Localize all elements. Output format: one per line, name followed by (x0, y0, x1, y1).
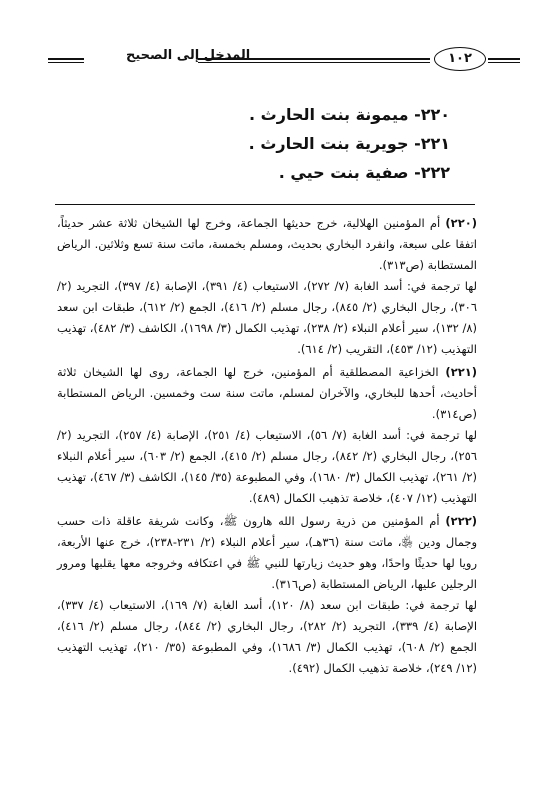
footnote-bio: (٢٢٠) أم المؤمنين الهلالية، خرج حديثها ا… (57, 213, 477, 276)
header-rule-left-thin (48, 62, 84, 63)
footnote-222: (٢٢٢) أم المؤمنين من ذرية رسول الله هارو… (57, 511, 477, 679)
footnote-references: لها ترجمة في: أسد الغابة (٧/ ٢٧٢)، الاست… (57, 276, 477, 360)
footnote-number: (٢٢٢) (445, 514, 477, 528)
footnote-references: لها ترجمة في: طبقات ابن سعد (٨/ ١٢٠)، أس… (57, 595, 477, 679)
page-number: ١٠٢ (434, 47, 486, 71)
document-page: ١٠٢ المدخل إلى الصحيح ٢٢٠- ميمونة بنت ال… (0, 0, 535, 812)
header-rule-right-thin (488, 62, 520, 63)
page-header: ١٠٢ المدخل إلى الصحيح (48, 44, 468, 74)
list-item: ٢٢١- جويرية بنت الحارث . (120, 129, 450, 158)
footnote-bio: (٢٢١) الخزاعية المصطلقية أم المؤمنين، خر… (57, 362, 477, 425)
list-item: ٢٢٠- ميمونة بنت الحارث . (120, 100, 450, 129)
running-title: المدخل إلى الصحيح (126, 48, 250, 63)
footnote-220: (٢٢٠) أم المؤمنين الهلالية، خرج حديثها ا… (57, 213, 477, 360)
list-item: ٢٢٢- صفية بنت حيي . (120, 158, 450, 187)
footnote-bio: (٢٢٢) أم المؤمنين من ذرية رسول الله هارو… (57, 511, 477, 595)
footnote-number: (٢٢١) (445, 365, 477, 379)
footnote-221: (٢٢١) الخزاعية المصطلقية أم المؤمنين، خر… (57, 362, 477, 509)
footnote-text: أم المؤمنين الهلالية، خرج حديثها الجماعة… (57, 216, 477, 272)
footnote-number: (٢٢٠) (445, 216, 477, 230)
footnote-references: لها ترجمة في: أسد الغابة (٧/ ٥٦)، الاستي… (57, 425, 477, 509)
header-rule-left (48, 58, 84, 60)
narrator-list: ٢٢٠- ميمونة بنت الحارث . ٢٢١- جويرية بنت… (120, 100, 450, 187)
footnotes: (٢٢٠) أم المؤمنين الهلالية، خرج حديثها ا… (57, 213, 477, 681)
footnote-text: أم المؤمنين من ذرية رسول الله هارون ﷺ، و… (57, 514, 477, 591)
footnote-divider (55, 204, 475, 205)
header-rule-right (488, 58, 520, 60)
footnote-text: الخزاعية المصطلقية أم المؤمنين، خرج لها … (57, 365, 477, 421)
